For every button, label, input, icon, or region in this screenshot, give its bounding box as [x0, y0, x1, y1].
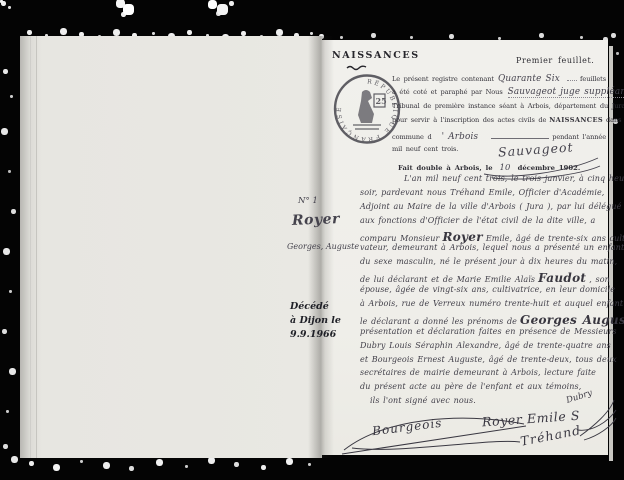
act-line: le déclarant a donné les prénoms deGeorg…: [360, 313, 610, 327]
act-line: Adjoint au Maire de la ville d'Arbois ( …: [360, 202, 610, 216]
act-text: , son: [589, 275, 610, 284]
act-line: et Bourgeois Ernest Auguste, âgé de tren…: [360, 355, 610, 369]
margin-surname: Royer: [292, 211, 340, 229]
section-title: NAISSANCES: [332, 50, 420, 61]
act-text: de lui déclarant et de Marie Emilie Alaï…: [360, 275, 535, 284]
child-given-names: Georges Auguste: [520, 313, 624, 327]
handwritten-folio-count: Quarante Six: [498, 74, 560, 84]
microfilm-scan: NAISSANCES Premier feuillet. RÉPUBLIQUE …: [0, 0, 624, 480]
page-edge-line: [30, 36, 31, 458]
act-line: aux fonctions d'Officier de l'état civil…: [360, 216, 610, 230]
act-line: L'an mil neuf cent trois, le trois janvi…: [360, 174, 610, 188]
act-line: vateur, demeurant à Arbois, lequel nous …: [360, 243, 610, 257]
death-note-line: Décédé: [290, 300, 341, 314]
handwritten-commune: ' Arbois: [442, 132, 479, 142]
preamble-line-1: Le présent registre contenant Quarante S…: [392, 73, 606, 87]
act-line: Dubry Louis Séraphin Alexandre, âgé de t…: [360, 341, 610, 355]
preamble-line-2: a été coté et paraphé par Nous Sauvageot…: [392, 87, 606, 101]
margin-act-number: N° 1: [298, 196, 318, 206]
page-crease-line: [36, 36, 37, 458]
act-line: secrétaires de mairie demeurant à Arbois…: [360, 368, 610, 382]
printed-text: mil neuf cent trois.: [392, 145, 458, 153]
folio-label: Premier feuillet.: [516, 56, 594, 65]
printed-text: feuillets: [580, 75, 606, 83]
act-line: soir, pardevant nous Tréhand Emile, Offi…: [360, 188, 610, 202]
act-line: à Arbois, rue de Verreux numéro trente-h…: [360, 299, 610, 313]
register-right-page: NAISSANCES Premier feuillet. RÉPUBLIQUE …: [322, 40, 608, 455]
birth-act-text: L'an mil neuf cent trois, le trois janvi…: [360, 174, 610, 410]
act-line: du sexe masculin, né le présent jour à d…: [360, 257, 610, 271]
film-noise-specks-edges: [0, 0, 3, 3]
stamp-value: 25: [376, 96, 387, 106]
preamble-line-5: commune d ' Arbois pendant l'année: [392, 131, 606, 145]
printed-text: dans la: [606, 116, 624, 124]
printed-text: décembre 1902.: [518, 164, 581, 172]
mother-surname: Faudot: [538, 271, 586, 285]
father-surname: Royer: [442, 230, 482, 244]
blank-left-page: [20, 36, 322, 458]
solid-rule: [491, 131, 549, 139]
preamble-line-3: Tribunal de première instance séant à Ar…: [392, 102, 606, 116]
act-text: Emile, âgé de trente-six ans culti-: [486, 234, 624, 243]
printed-text: Le présent registre contenant: [392, 75, 494, 83]
printed-text: Fait double à Arbois, le: [398, 164, 493, 172]
dotted-rule: [567, 73, 577, 81]
act-line: épouse, âgée de vingt-six ans, cultivatr…: [360, 285, 610, 299]
stamp-marianne-figure: [358, 90, 374, 123]
act-line: de lui déclarant et de Marie Emilie Alaï…: [360, 271, 610, 285]
printed-text: Tribunal de première instance séant à Ar…: [392, 102, 624, 110]
printed-text: commune d: [392, 133, 432, 141]
printed-naissances-bold: NAISSANCES: [549, 116, 603, 124]
death-note-line: à Dijon le: [290, 314, 341, 328]
printed-text: pour servir à l'inscription des actes ci…: [392, 116, 546, 124]
margin-given-names: Georges, Auguste: [287, 242, 359, 251]
title-flourish-icon: [346, 64, 368, 71]
act-text: le déclarant a donné les prénoms de: [360, 317, 517, 326]
death-note-line: 9.9.1966: [290, 328, 341, 342]
printed-text: a été coté et paraphé par Nous: [392, 88, 503, 96]
handwritten-judge-name: Sauvageot juge suppléant: [508, 87, 624, 98]
act-line: comparu MonsieurRoyerEmile, âgé de trent…: [360, 230, 610, 244]
fait-double-line: Fait double à Arbois, le 10 décembre 190…: [398, 162, 580, 172]
handwritten-day: 10: [500, 162, 511, 172]
margin-death-note: Décédé à Dijon le 9.9.1966: [290, 300, 341, 342]
preamble-line-4: pour servir à l'inscription des actes ci…: [392, 116, 606, 130]
act-text: comparu Monsieur: [360, 234, 439, 243]
act-line: présentation et déclaration faites en pr…: [360, 327, 610, 341]
